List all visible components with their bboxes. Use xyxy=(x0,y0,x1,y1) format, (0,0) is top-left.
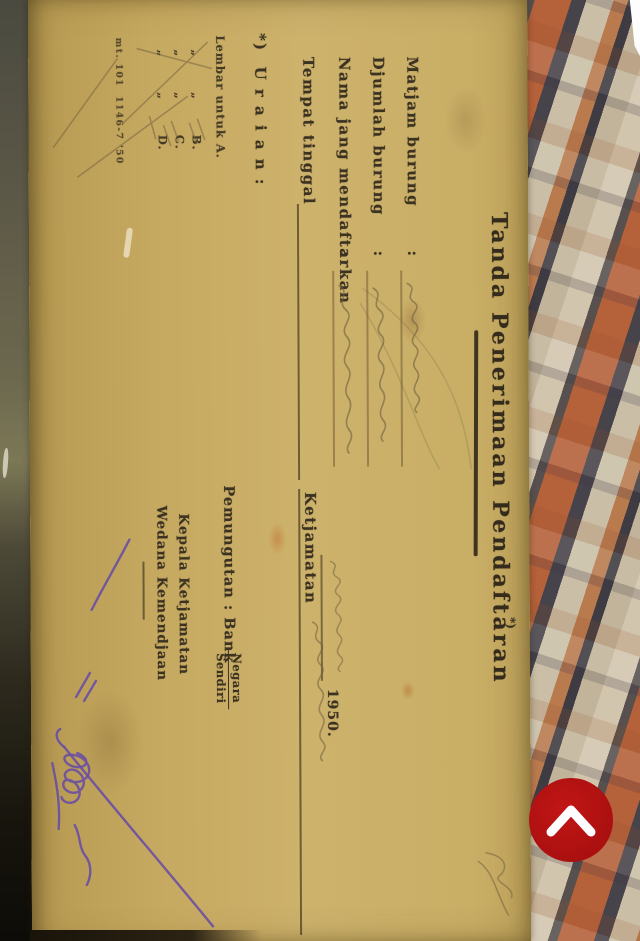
field-label-tempat-tinggal: Tempat tinggal xyxy=(299,57,318,205)
handwriting-date-value xyxy=(323,559,348,674)
field-colon: : xyxy=(336,251,354,257)
faint-crease-strokes xyxy=(358,283,479,474)
field-label-ketjamatan: Ketjamatan xyxy=(301,492,319,605)
table-shadow-bottom xyxy=(30,930,262,941)
field-colon: : xyxy=(370,251,388,257)
purple-ink-signature xyxy=(31,494,243,941)
field-label-matjam-burung: Matjam burung xyxy=(403,56,422,207)
document-title: Tanda Penerimaan Pendaftaran xyxy=(486,212,514,685)
handwriting-nama-value xyxy=(332,282,357,457)
field-colon: : xyxy=(404,250,422,256)
scroll-to-top-button[interactable] xyxy=(529,778,613,862)
handwriting-corner-note xyxy=(466,841,536,937)
field-label-djumlah-burung: Djumlah burung xyxy=(369,57,388,216)
paper-document: Tanda Penerimaan Pendaftaran *) Matjam b… xyxy=(28,0,531,941)
paper-scratch xyxy=(123,227,133,258)
footnote-mark: *) xyxy=(504,617,518,629)
photo-of-registration-receipt: Tanda Penerimaan Pendaftaran *) Matjam b… xyxy=(0,0,640,941)
tempat-tinggal-blank-line xyxy=(297,204,300,480)
field-label-nama-jang-mendaftarkan: Nama jang mendaftarkan xyxy=(335,57,354,305)
uraian-heading: *) U r a i a n : xyxy=(251,33,270,186)
handwriting-tally-marks xyxy=(40,24,216,215)
chevron-up-icon xyxy=(545,800,597,840)
